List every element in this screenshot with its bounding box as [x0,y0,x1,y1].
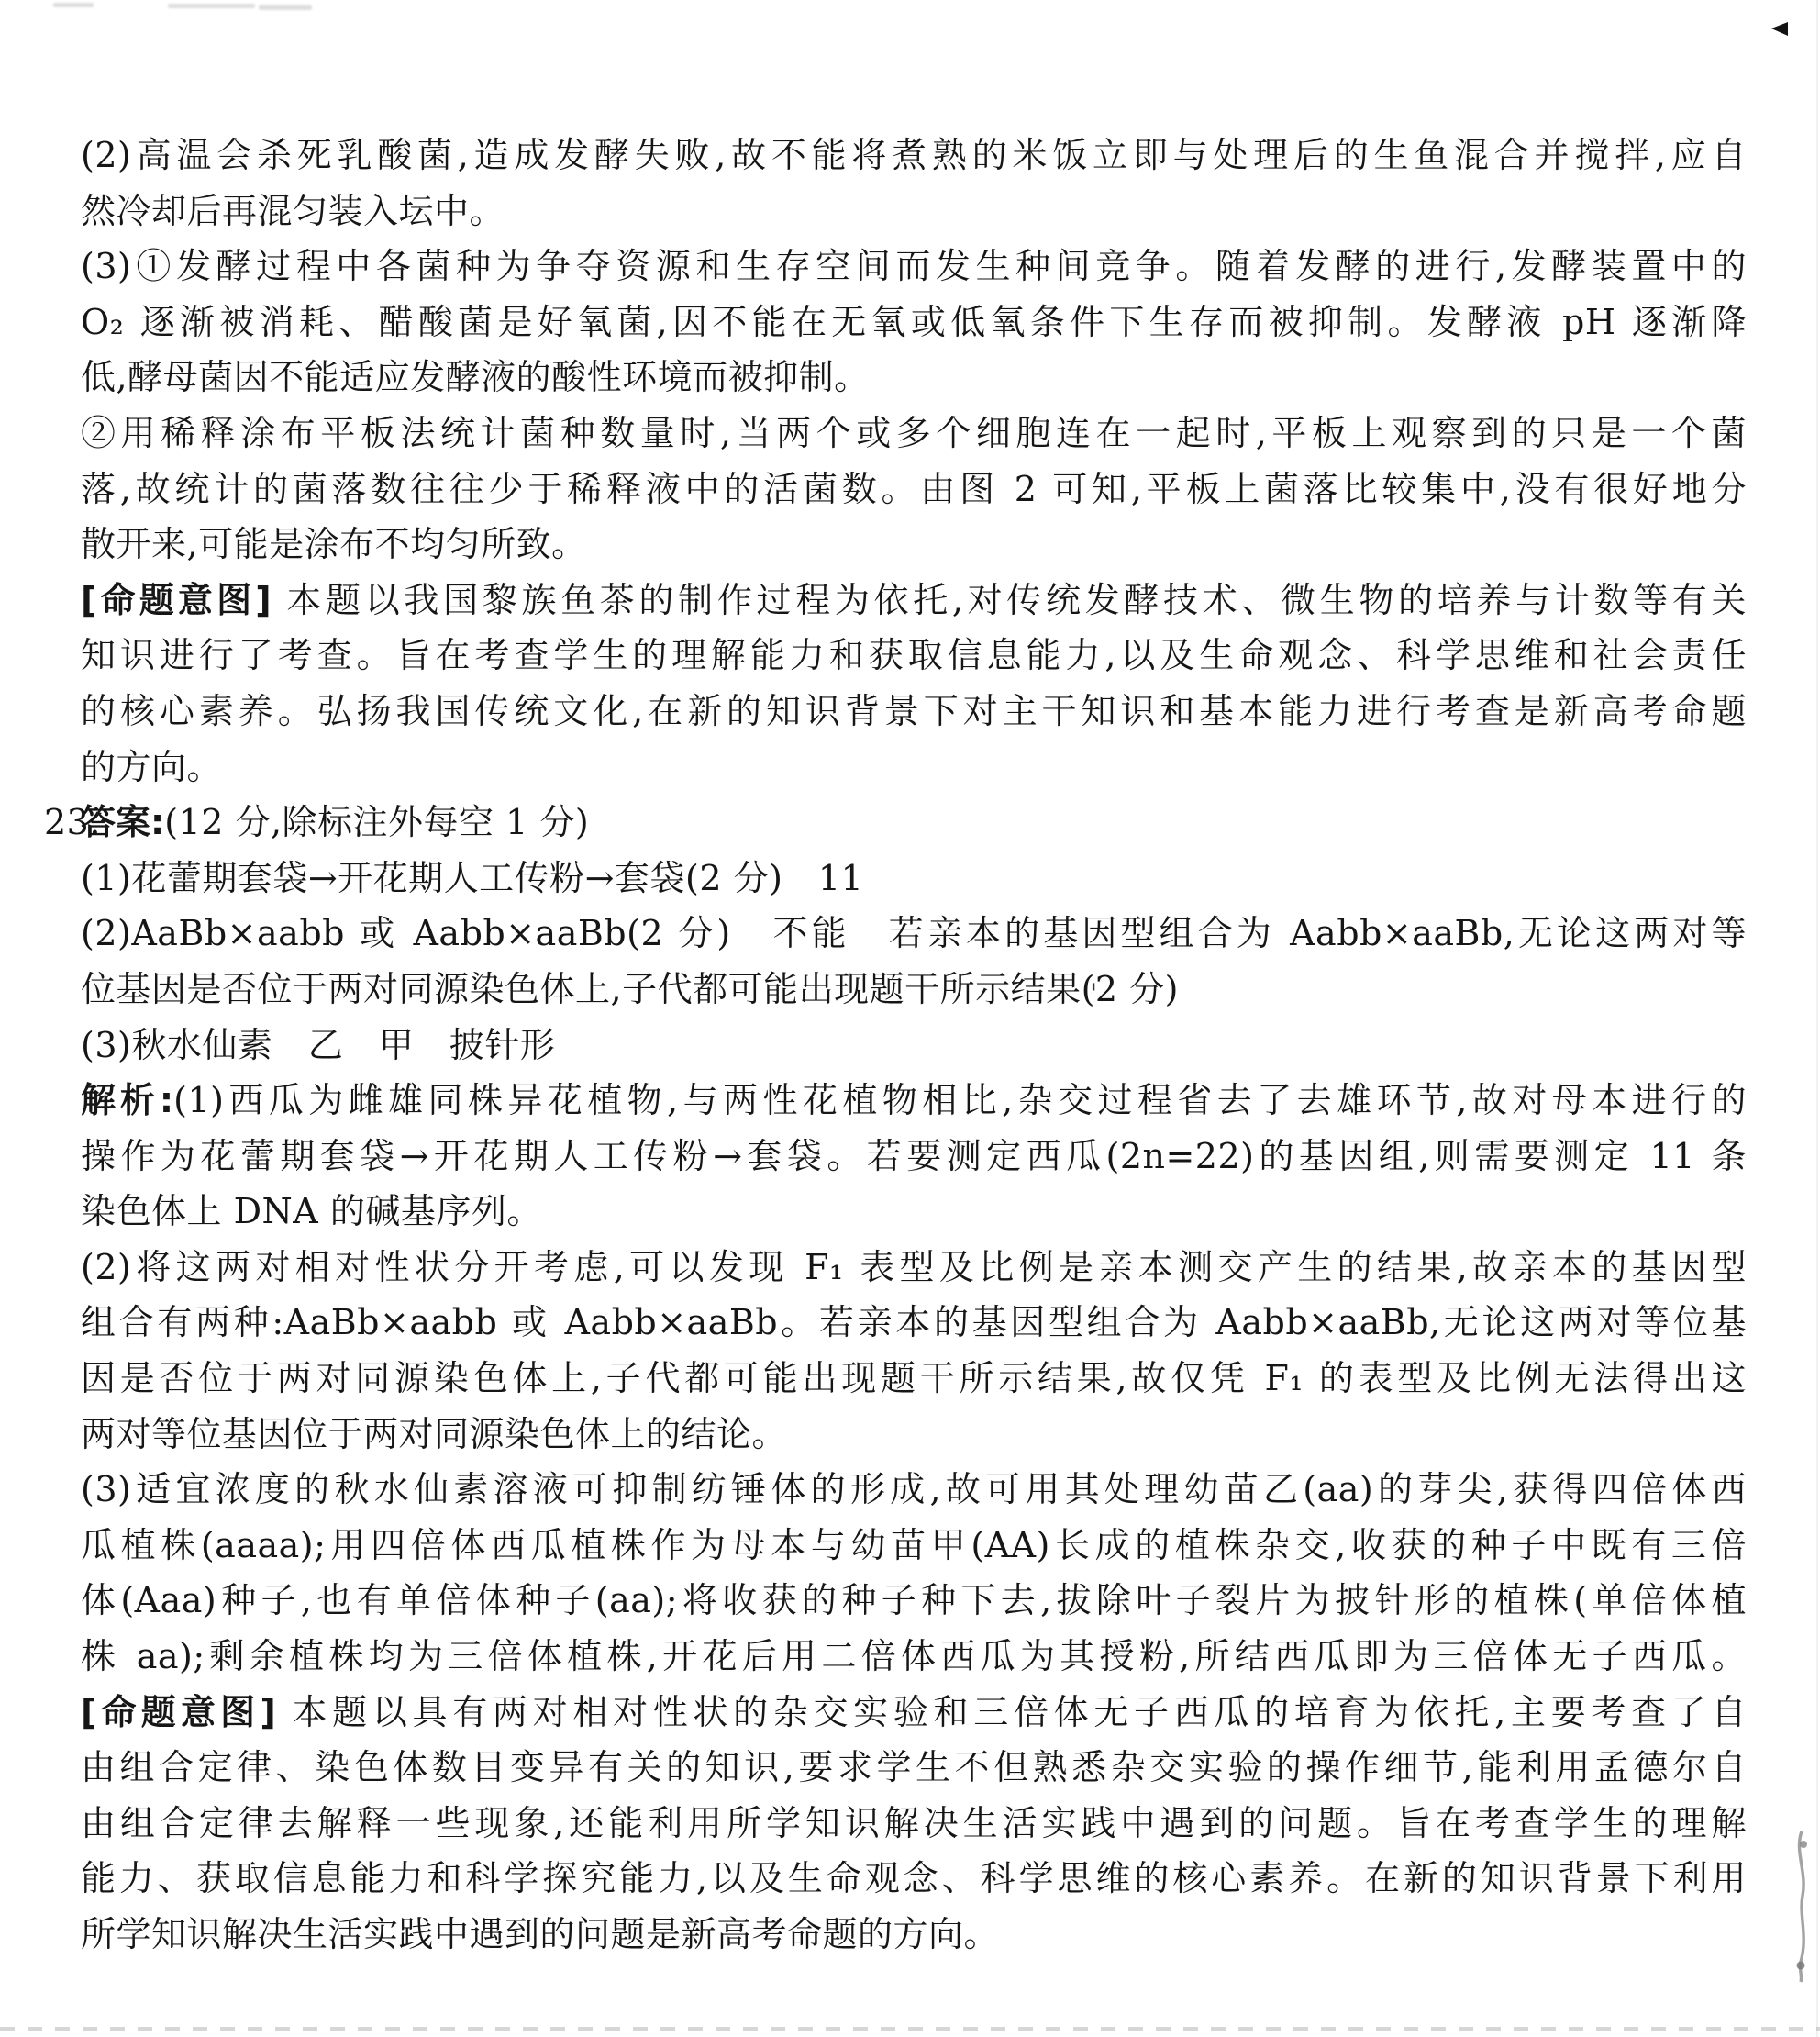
text-line: (1)花蕾期套袋→开花期人工传粉→套袋(2 分) 11 [81,851,1747,907]
line-text: 低,酵母菌因不能适应发酵液的酸性环境而被抑制。 [81,357,870,397]
line-text: 本题以具有两对相对性状的杂交实验和三倍体无子西瓜的培育为依托,主要考查了自 [276,1692,1747,1732]
line-text: 位基因是否位于两对同源染色体上,子代都可能出现题干所示结果(2 分) [81,969,1179,1009]
text-line: 能力、获取信息能力和科学探究能力,以及生命观念、科学思维的核心素养。在新的知识背… [81,1851,1747,1907]
scan-smudge [53,3,94,7]
line-text: 两对等位基因位于两对同源染色体上的结论。 [81,1414,787,1454]
bold-label: [命题意图] [81,580,272,620]
text-line: [命题意图] 本题以具有两对相对性状的杂交实验和三倍体无子西瓜的培育为依托,主要… [81,1685,1747,1741]
line-text: 能力、获取信息能力和科学探究能力,以及生命观念、科学思维的核心素养。在新的知识背… [81,1858,1747,1898]
line-text: 所学知识解决生活实践中遇到的问题是新高考命题的方向。 [81,1914,999,1954]
answer-text-block: (2)高温会杀死乳酸菌,造成发酵失败,故不能将煮熟的米饭立即与处理后的生鱼混合并… [81,128,1747,1963]
text-line: 的方向。 [81,740,1747,796]
text-line: (2)将这两对相对性状分开考虑,可以发现 F₁ 表型及比例是亲本测交产生的结果,… [81,1240,1747,1296]
line-text: 散开来,可能是涂布不均匀所致。 [81,524,587,564]
line-text: 由组合定律去解释一些现象,还能利用所学知识解决生活实践中遇到的问题。旨在考查学生… [81,1803,1747,1843]
bold-label: [命题意图] [81,1692,276,1732]
text-line: ②用稀释涂布平板法统计菌种数量时,当两个或多个细胞连在一起时,平板上观察到的只是… [81,406,1747,462]
line-text: 体(Aaa)种子,也有单倍体种子(aa);将收获的种子种下去,拔除叶子裂片为披针… [81,1580,1747,1620]
scan-bottom-edge [0,2027,1820,2031]
line-text: 操作为花蕾期套袋→开花期人工传粉→套袋。若要测定西瓜(2n=22)的基因组,则需… [81,1136,1747,1176]
text-line: 染色体上 DNA 的碱基序列。 [81,1184,1747,1240]
text-line: 因是否位于两对同源染色体上,子代都可能出现题干所示结果,故仅凭 F₁ 的表型及比… [81,1351,1747,1407]
line-text: O₂ 逐渐被消耗、醋酸菌是好氧菌,因不能在无氧或低氧条件下生存而被抑制。发酵液 … [81,302,1747,342]
text-line: 两对等位基因位于两对同源染色体上的结论。 [81,1407,1747,1463]
text-line: 由组合定律、染色体数目变异有关的知识,要求学生不但熟悉杂交实验的操作细节,能利用… [81,1740,1747,1796]
line-text: 瓜植株(aaaa);用四倍体西瓜植株作为母本与幼苗甲(AA)长成的植株杂交,收获… [81,1525,1747,1565]
line-text: ②用稀释涂布平板法统计菌种数量时,当两个或多个细胞连在一起时,平板上观察到的只是… [81,413,1747,453]
text-line: 23.答案:(12 分,除标注外每空 1 分) [81,795,1747,851]
text-line: 瓜植株(aaaa);用四倍体西瓜植株作为母本与幼苗甲(AA)长成的植株杂交,收获… [81,1518,1747,1574]
line-text: (2)高温会杀死乳酸菌,造成发酵失败,故不能将煮熟的米饭立即与处理后的生鱼混合并… [81,135,1747,175]
line-text: (1)花蕾期套袋→开花期人工传粉→套袋(2 分) 11 [81,858,863,898]
scan-smudge [259,5,312,10]
page-curl-artifact [1789,1828,1813,1984]
text-line: 体(Aaa)种子,也有单倍体种子(aa);将收获的种子种下去,拔除叶子裂片为披针… [81,1573,1747,1629]
text-line: 知识进行了考查。旨在考查学生的理解能力和获取信息能力,以及生命观念、科学思维和社… [81,628,1747,684]
text-line: (3)秋水仙素 乙 甲 披针形 [81,1018,1747,1074]
scan-smudge [168,4,255,8]
stray-ink-speck: ' [1090,978,1097,1010]
line-text: 因是否位于两对同源染色体上,子代都可能出现题干所示结果,故仅凭 F₁ 的表型及比… [81,1358,1747,1398]
line-text: 知识进行了考查。旨在考查学生的理解能力和获取信息能力,以及生命观念、科学思维和社… [81,635,1747,675]
line-text: 然冷却后再混匀装入坛中。 [81,191,505,231]
line-text: (3)适宜浓度的秋水仙素溶液可抑制纺锤体的形成,故可用其处理幼苗乙(aa)的芽尖… [81,1469,1747,1509]
text-line: 组合有两种:AaBb×aabb 或 Aabb×aaBb。若亲本的基因型组合为 A… [81,1295,1747,1351]
text-line: O₂ 逐渐被消耗、醋酸菌是好氧菌,因不能在无氧或低氧条件下生存而被抑制。发酵液 … [81,295,1747,351]
line-text: 由组合定律、染色体数目变异有关的知识,要求学生不但熟悉杂交实验的操作细节,能利用… [81,1747,1747,1787]
line-text: (12 分,除标注外每空 1 分) [164,802,589,842]
line-text: (2)AaBb×aabb 或 Aabb×aaBb(2 分) 不能 若亲本的基因型… [81,913,1747,953]
triangle-pen-mark [1771,22,1788,36]
line-text: 株 aa);剩余植株均为三倍体植株,开花后用二倍体西瓜为其授粉,所结西瓜即为三倍… [81,1636,1747,1676]
line-text: (3)①发酵过程中各菌种为争夺资源和生存空间而发生种间竞争。随着发酵的进行,发酵… [81,246,1747,286]
line-text: 落,故统计的菌落数往往少于稀释液中的活菌数。由图 2 可知,平板上菌落比较集中,… [81,469,1747,509]
text-line: 落,故统计的菌落数往往少于稀释液中的活菌数。由图 2 可知,平板上菌落比较集中,… [81,462,1747,518]
line-text: 本题以我国黎族鱼茶的制作过程为依托,对传统发酵技术、微生物的培养与计数等有关 [272,580,1747,620]
text-line: 散开来,可能是涂布不均匀所致。 [81,517,1747,573]
text-line: 低,酵母菌因不能适应发酵液的酸性环境而被抑制。 [81,350,1747,406]
text-line: 操作为花蕾期套袋→开花期人工传粉→套袋。若要测定西瓜(2n=22)的基因组,则需… [81,1129,1747,1185]
text-line: (3)适宜浓度的秋水仙素溶液可抑制纺锤体的形成,故可用其处理幼苗乙(aa)的芽尖… [81,1462,1747,1518]
text-line: 株 aa);剩余植株均为三倍体植株,开花后用二倍体西瓜为其授粉,所结西瓜即为三倍… [81,1629,1747,1685]
document-page: (2)高温会杀死乳酸菌,造成发酵失败,故不能将煮熟的米饭立即与处理后的生鱼混合并… [0,0,1820,2037]
line-text: (3)秋水仙素 乙 甲 披针形 [81,1025,555,1065]
line-text: 组合有两种:AaBb×aabb 或 Aabb×aaBb。若亲本的基因型组合为 A… [81,1302,1747,1342]
text-line: 由组合定律去解释一些现象,还能利用所学知识解决生活实践中遇到的问题。旨在考查学生… [81,1796,1747,1852]
text-line: 位基因是否位于两对同源染色体上,子代都可能出现题干所示结果(2 分) [81,962,1747,1018]
text-line: 所学知识解决生活实践中遇到的问题是新高考命题的方向。 [81,1907,1747,1963]
line-text: 的核心素养。弘扬我国传统文化,在新的知识背景下对主干知识和基本能力进行考查是新高… [81,691,1747,731]
text-line: (2)高温会杀死乳酸菌,造成发酵失败,故不能将煮熟的米饭立即与处理后的生鱼混合并… [81,128,1747,184]
text-line: 的核心素养。弘扬我国传统文化,在新的知识背景下对主干知识和基本能力进行考查是新高… [81,684,1747,740]
text-line: (3)①发酵过程中各菌种为争夺资源和生存空间而发生种间竞争。随着发酵的进行,发酵… [81,239,1747,295]
line-text: 的方向。 [81,747,222,787]
line-text: 染色体上 DNA 的碱基序列。 [81,1191,542,1231]
question-number: 23. [44,795,101,851]
text-line: (2)AaBb×aabb 或 Aabb×aaBb(2 分) 不能 若亲本的基因型… [81,906,1747,962]
text-line: 然冷却后再混匀装入坛中。 [81,184,1747,239]
line-text: (2)将这两对相对性状分开考虑,可以发现 F₁ 表型及比例是亲本测交产生的结果,… [81,1247,1747,1287]
text-line: 解析:(1)西瓜为雌雄同株异花植物,与两性花植物相比,杂交过程省去了去雄环节,故… [81,1073,1747,1129]
text-line: [命题意图] 本题以我国黎族鱼茶的制作过程为依托,对传统发酵技术、微生物的培养与… [81,573,1747,629]
line-text: (1)西瓜为雌雄同株异花植物,与两性花植物相比,杂交过程省去了去雄环节,故对母本… [173,1080,1747,1120]
bold-label: 解析: [81,1080,173,1120]
scanner-edge-shadow [1816,0,1818,2037]
